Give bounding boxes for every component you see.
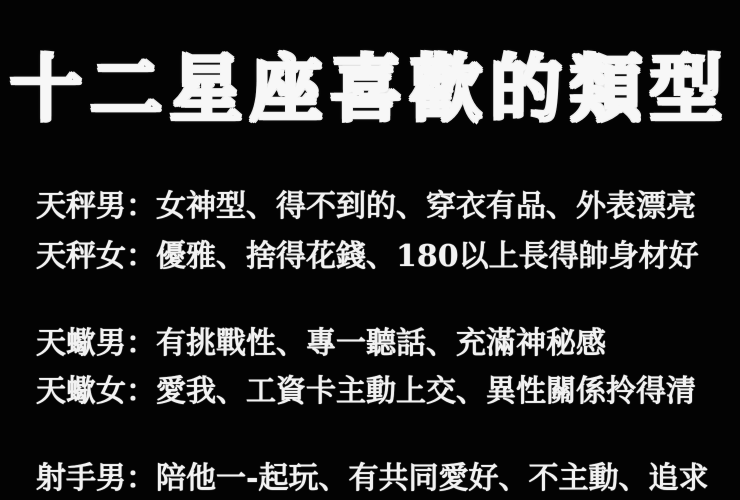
zodiac-sign: 射手男 — [36, 461, 126, 496]
line-sagittarius-male: 射手男：陪他一-起玩、有共同愛好、不主動、追求 — [36, 462, 708, 495]
zodiac-likes: 愛我、工資卡主動上交、異性關係拎得清 — [156, 374, 696, 409]
zodiac-likes: 女神型、得不到的、穿衣有品、外表漂亮 — [156, 189, 696, 224]
line-libra-male: 天秤男：女神型、得不到的、穿衣有品、外表漂亮 — [36, 190, 696, 223]
page-title: 十二星座喜歡的類型 — [0, 48, 740, 131]
colon-separator: ： — [126, 189, 156, 224]
line-scorpio-male: 天蠍男：有挑戰性、專一聽話、充滿神秘感 — [36, 327, 606, 360]
zodiac-likes: 有挑戰性、專一聽話、充滿神秘感 — [156, 326, 606, 361]
zodiac-sign: 天蠍男 — [36, 326, 126, 361]
colon-separator: ： — [126, 239, 156, 274]
zodiac-likes: 陪他一-起玩、有共同愛好、不主動、追求 — [156, 461, 708, 496]
colon-separator: ： — [126, 326, 156, 361]
colon-separator: ： — [126, 461, 156, 496]
line-libra-female: 天秤女：優雅、捨得花錢、180以上長得帥身材好 — [36, 240, 699, 273]
zodiac-poster: 十二星座喜歡的類型 天秤男：女神型、得不到的、穿衣有品、外表漂亮 天秤女：優雅、… — [0, 0, 740, 500]
zodiac-likes: 優雅、捨得花錢、180以上長得帥身材好 — [156, 239, 699, 274]
zodiac-sign: 天秤男 — [36, 189, 126, 224]
zodiac-sign: 天秤女 — [36, 239, 126, 274]
colon-separator: ： — [126, 374, 156, 409]
line-scorpio-female: 天蠍女：愛我、工資卡主動上交、異性關係拎得清 — [36, 375, 696, 408]
zodiac-sign: 天蠍女 — [36, 374, 126, 409]
